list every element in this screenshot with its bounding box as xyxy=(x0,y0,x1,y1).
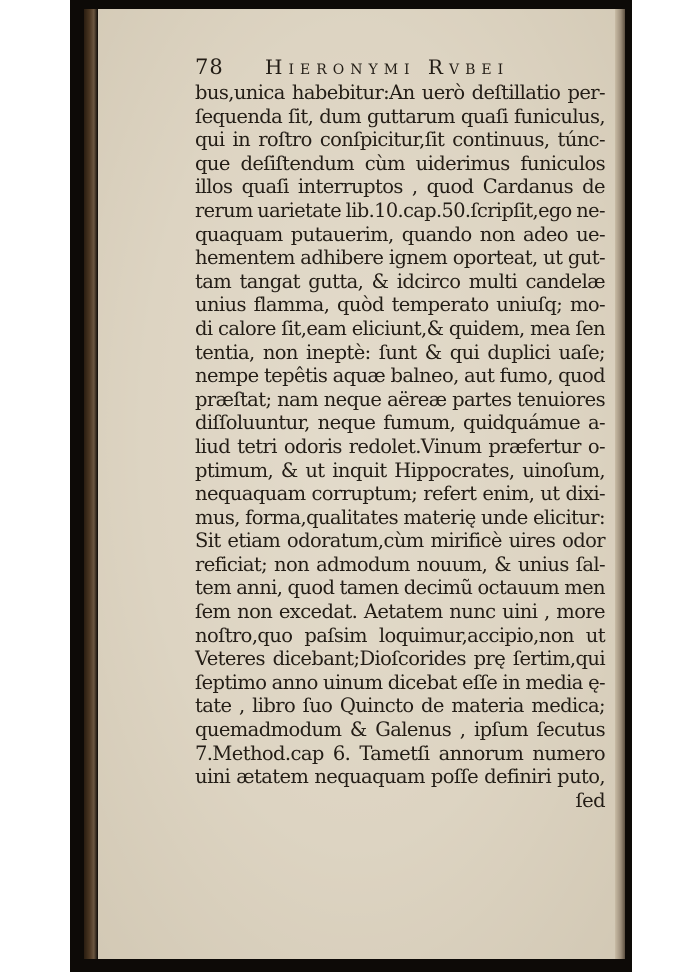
page-text-block: 78 Hieronymi Rvbei bus,unica habebitur:A… xyxy=(195,55,605,812)
text-line: tate , libro ſuo Quincto de materia medi… xyxy=(195,694,605,718)
scanned-page-frame: 78 Hieronymi Rvbei bus,unica habebitur:A… xyxy=(70,0,632,972)
text-line: 7.Method.cap 6. Tametſi annorum numero xyxy=(195,742,605,766)
text-line: tam tangat gutta, & idcirco multi candel… xyxy=(195,270,605,294)
text-line: reficiat; non admodum nouum, & unius ſal… xyxy=(195,553,605,577)
text-line: mus, forma,qualitates materię unde elici… xyxy=(195,506,605,530)
text-line: Veteres dicebant;Dioſcorides prę ſertim,… xyxy=(195,647,605,671)
page-number: 78 xyxy=(195,55,265,79)
text-line: unius flamma, quòd temperato uniuſq; mo- xyxy=(195,293,605,317)
text-line: quaquam putauerim, quando non adeo ue- xyxy=(195,223,605,247)
text-line: nequaquam corruptum; refert enim, ut dix… xyxy=(195,482,605,506)
text-line: que deſiſtendum cùm uiderimus funiculos xyxy=(195,152,605,176)
text-line: præſtat; nam neque aëreæ partes tenuiore… xyxy=(195,388,605,412)
text-line: noſtro,quo paſsim loquimur,accipio,non u… xyxy=(195,624,605,648)
text-line: nempe tepêtis aquæ balneo, aut fumo, quo… xyxy=(195,364,605,388)
body-text: bus,unica habebitur:An uerò deſtillatio … xyxy=(195,81,605,812)
page-gutter-shadow xyxy=(84,9,98,959)
text-line: liud tetri odoris redolet.Vinum præfertu… xyxy=(195,435,605,459)
text-line: ſequenda ſit, dum guttarum quaſi funicul… xyxy=(195,105,605,129)
text-line: ptimum, & ut inquit Hippocrates, uinoſum… xyxy=(195,459,605,483)
text-line: ſem non excedat. Aetatem nunc uini , mor… xyxy=(195,600,605,624)
text-line: diſſoluuntur, neque fumum, quidquámue a- xyxy=(195,411,605,435)
text-line: tentia, non ineptè: ſunt & qui duplici u… xyxy=(195,341,605,365)
text-line: quemadmodum & Galenus , ipſum ſecutus xyxy=(195,718,605,742)
catchword: ſed xyxy=(195,789,605,813)
text-line: bus,unica habebitur:An uerò deſtillatio … xyxy=(195,81,605,105)
text-line: di calore ſit,eam eliciunt,& quidem, mea… xyxy=(195,317,605,341)
running-head: 78 Hieronymi Rvbei xyxy=(195,55,605,81)
text-line: ſeptimo anno uinum dicebat eſſe in media… xyxy=(195,671,605,695)
text-line: qui in roſtro conſpicitur,ſit continuus,… xyxy=(195,128,605,152)
text-line: illos quaſi interruptos , quod Cardanus … xyxy=(195,175,605,199)
text-line: uini ætatem nequaquam poſſe definiri put… xyxy=(195,765,605,789)
text-line: rerum uarietate lib.10.cap.50.ſcripſit,e… xyxy=(195,199,601,223)
page-right-edge xyxy=(615,9,625,959)
text-line: tem anni, quod tamen decimũ octauum men xyxy=(195,576,605,600)
text-line: Sit etiam odoratum,cùm mirificè uires od… xyxy=(195,529,605,553)
running-head-title: Hieronymi Rvbei xyxy=(265,55,509,79)
text-line: hementem adhibere ignem oporteat, ut gut… xyxy=(195,246,605,270)
